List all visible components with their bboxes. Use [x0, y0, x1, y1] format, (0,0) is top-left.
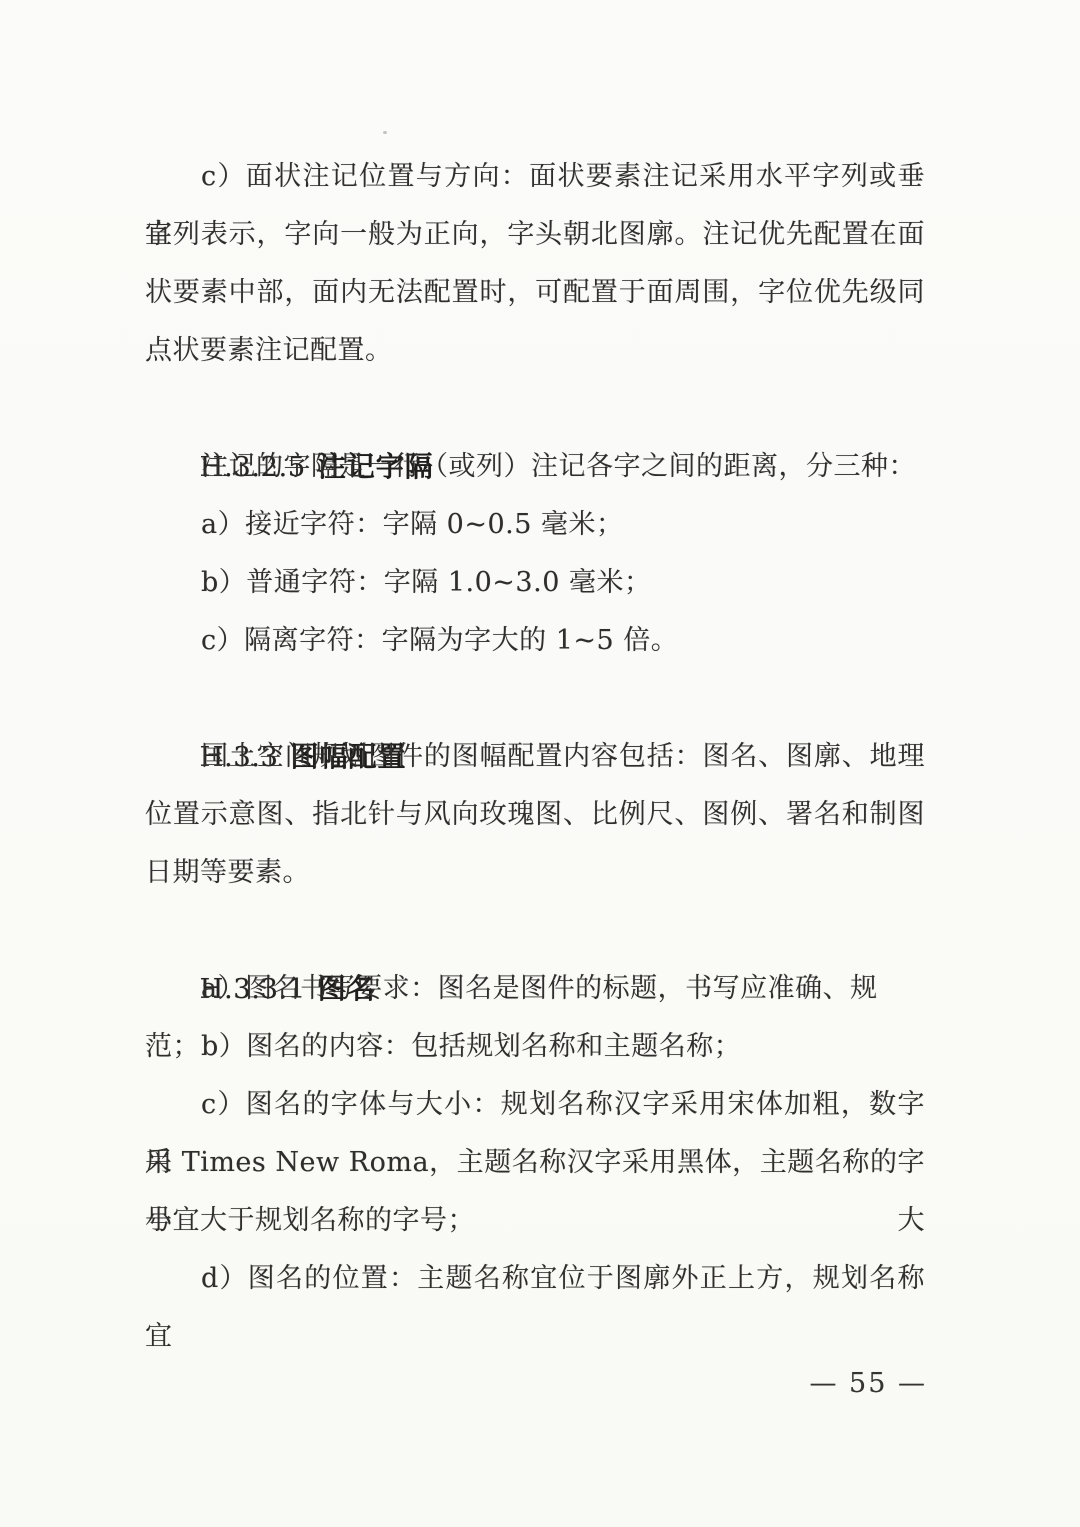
paragraph-line-area-annotation-4: 点状要素注记配置。: [145, 322, 925, 380]
list-item-mapname-b: b）图名的内容：包括规划名称和主题名称；: [145, 1018, 925, 1076]
section-heading-h-3-2-5: H.3.2.5注记字隔: [145, 380, 925, 438]
document-page: c）面状注记位置与方向：面状要素注记采用水平字列或垂直 字列表示，字向一般为正向…: [0, 0, 1080, 1527]
section-heading-h-3-3-1: H.3.3.1图名: [145, 902, 925, 960]
page-number: — 55 —: [145, 1362, 927, 1406]
list-item-spacing-c: c）隔离字符：字隔为字大的 1~5 倍。: [145, 612, 925, 670]
section-heading-h-3-3: H.3.3图幅配置: [145, 670, 925, 728]
paragraph-line-area-annotation-3: 状要素中部，面内无法配置时，可配置于面周围，字位优先级同: [145, 264, 925, 322]
paragraph-line-area-annotation-2: 字列表示，字向一般为正向，字头朝北图廓。注记优先配置在面: [145, 206, 925, 264]
scan-artifact-dot: [383, 131, 387, 134]
paragraph-line-area-annotation-1: c）面状注记位置与方向：面状要素注记采用水平字列或垂直: [145, 148, 925, 206]
list-item-spacing-b: b）普通字符：字隔 1.0~3.0 毫米；: [145, 554, 925, 612]
list-item-mapname-c-1: c）图名的字体与大小：规划名称汉字采用宋体加粗，数字采: [145, 1076, 925, 1134]
paragraph-line-spacing-intro: 注记的字隔是一行（或列）注记各字之间的距离，分三种：: [145, 438, 925, 496]
list-item-mapname-d: d）图名的位置：主题名称宜位于图廓外正上方，规划名称宜: [145, 1250, 925, 1308]
paragraph-line-layout-1: 国土空间规划图件的图幅配置内容包括：图名、图廓、地理: [145, 728, 925, 786]
list-item-mapname-a: a）图名书写要求：图名是图件的标题，书写应准确、规范；: [145, 960, 925, 1018]
list-item-mapname-c-2: 用 Times New Roma，主题名称汉字采用黑体，主题名称的字号大: [145, 1134, 925, 1192]
page-content: c）面状注记位置与方向：面状要素注记采用水平字列或垂直 字列表示，字向一般为正向…: [145, 148, 925, 1308]
paragraph-line-layout-3: 日期等要素。: [145, 844, 925, 902]
paragraph-line-layout-2: 位置示意图、指北针与风向玫瑰图、比例尺、图例、署名和制图: [145, 786, 925, 844]
list-item-spacing-a: a）接近字符：字隔 0~0.5 毫米；: [145, 496, 925, 554]
